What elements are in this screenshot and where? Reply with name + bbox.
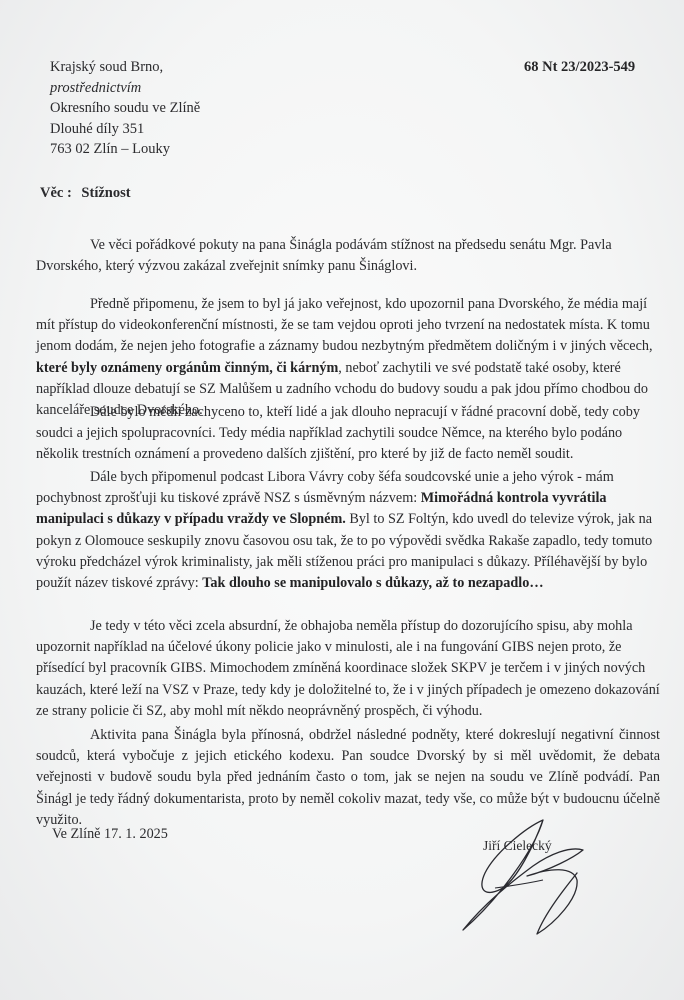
paragraph-3-text: Dále bylo médii zachyceno to, kteří lidé…	[36, 402, 660, 466]
recipient-address: Krajský soud Brno, prostřednictvím Okres…	[50, 57, 200, 160]
paragraph-4: Dále bych připomenul podcast Libora Vávr…	[36, 467, 660, 594]
recipient-court: Krajský soud Brno,	[50, 57, 200, 78]
place-and-date: Ve Zlíně 17. 1. 2025	[52, 826, 168, 843]
case-reference-number: 68 Nt 23/2023-549	[524, 57, 635, 77]
subject-label: Věc :	[40, 185, 72, 201]
paragraph-6-text: Aktivita pana Šinágla byla přínosná, obd…	[36, 725, 660, 831]
recipient-via: prostřednictvím	[50, 78, 200, 99]
paragraph-4-text: Dále bych připomenul podcast Libora Vávr…	[36, 467, 660, 594]
paragraph-1-text: Ve věci pořádkové pokuty na pana Šinágla…	[36, 235, 660, 277]
recipient-city: 763 02 Zlín – Louky	[50, 139, 200, 160]
recipient-intermediary: Okresního soudu ve Zlíně	[50, 98, 200, 119]
paragraph-2-part-a: Předně připomenu, že jsem to byl já jako…	[36, 296, 653, 354]
paragraph-2-bold: které byly oznámeny orgánům činným, či k…	[36, 360, 338, 376]
subject-value: Stížnost	[81, 185, 130, 201]
paragraph-6: Aktivita pana Šinágla byla přínosná, obd…	[36, 725, 660, 831]
paragraph-5: Je tedy v této věci zcela absurdní, že o…	[36, 616, 660, 722]
paragraph-4-suggested-title: Tak dlouho se manipulovalo s důkazy, až …	[202, 575, 543, 591]
paragraph-1: Ve věci pořádkové pokuty na pana Šinágla…	[36, 235, 660, 277]
paragraph-3: Dále bylo médii zachyceno to, kteří lidé…	[36, 402, 660, 466]
scanned-page: Krajský soud Brno, prostřednictvím Okres…	[0, 0, 684, 1000]
recipient-street: Dlouhé díly 351	[50, 119, 200, 140]
paragraph-5-text: Je tedy v této věci zcela absurdní, že o…	[36, 616, 660, 722]
signature-icon	[455, 818, 595, 938]
subject-line: Věc : Stížnost	[40, 185, 131, 202]
